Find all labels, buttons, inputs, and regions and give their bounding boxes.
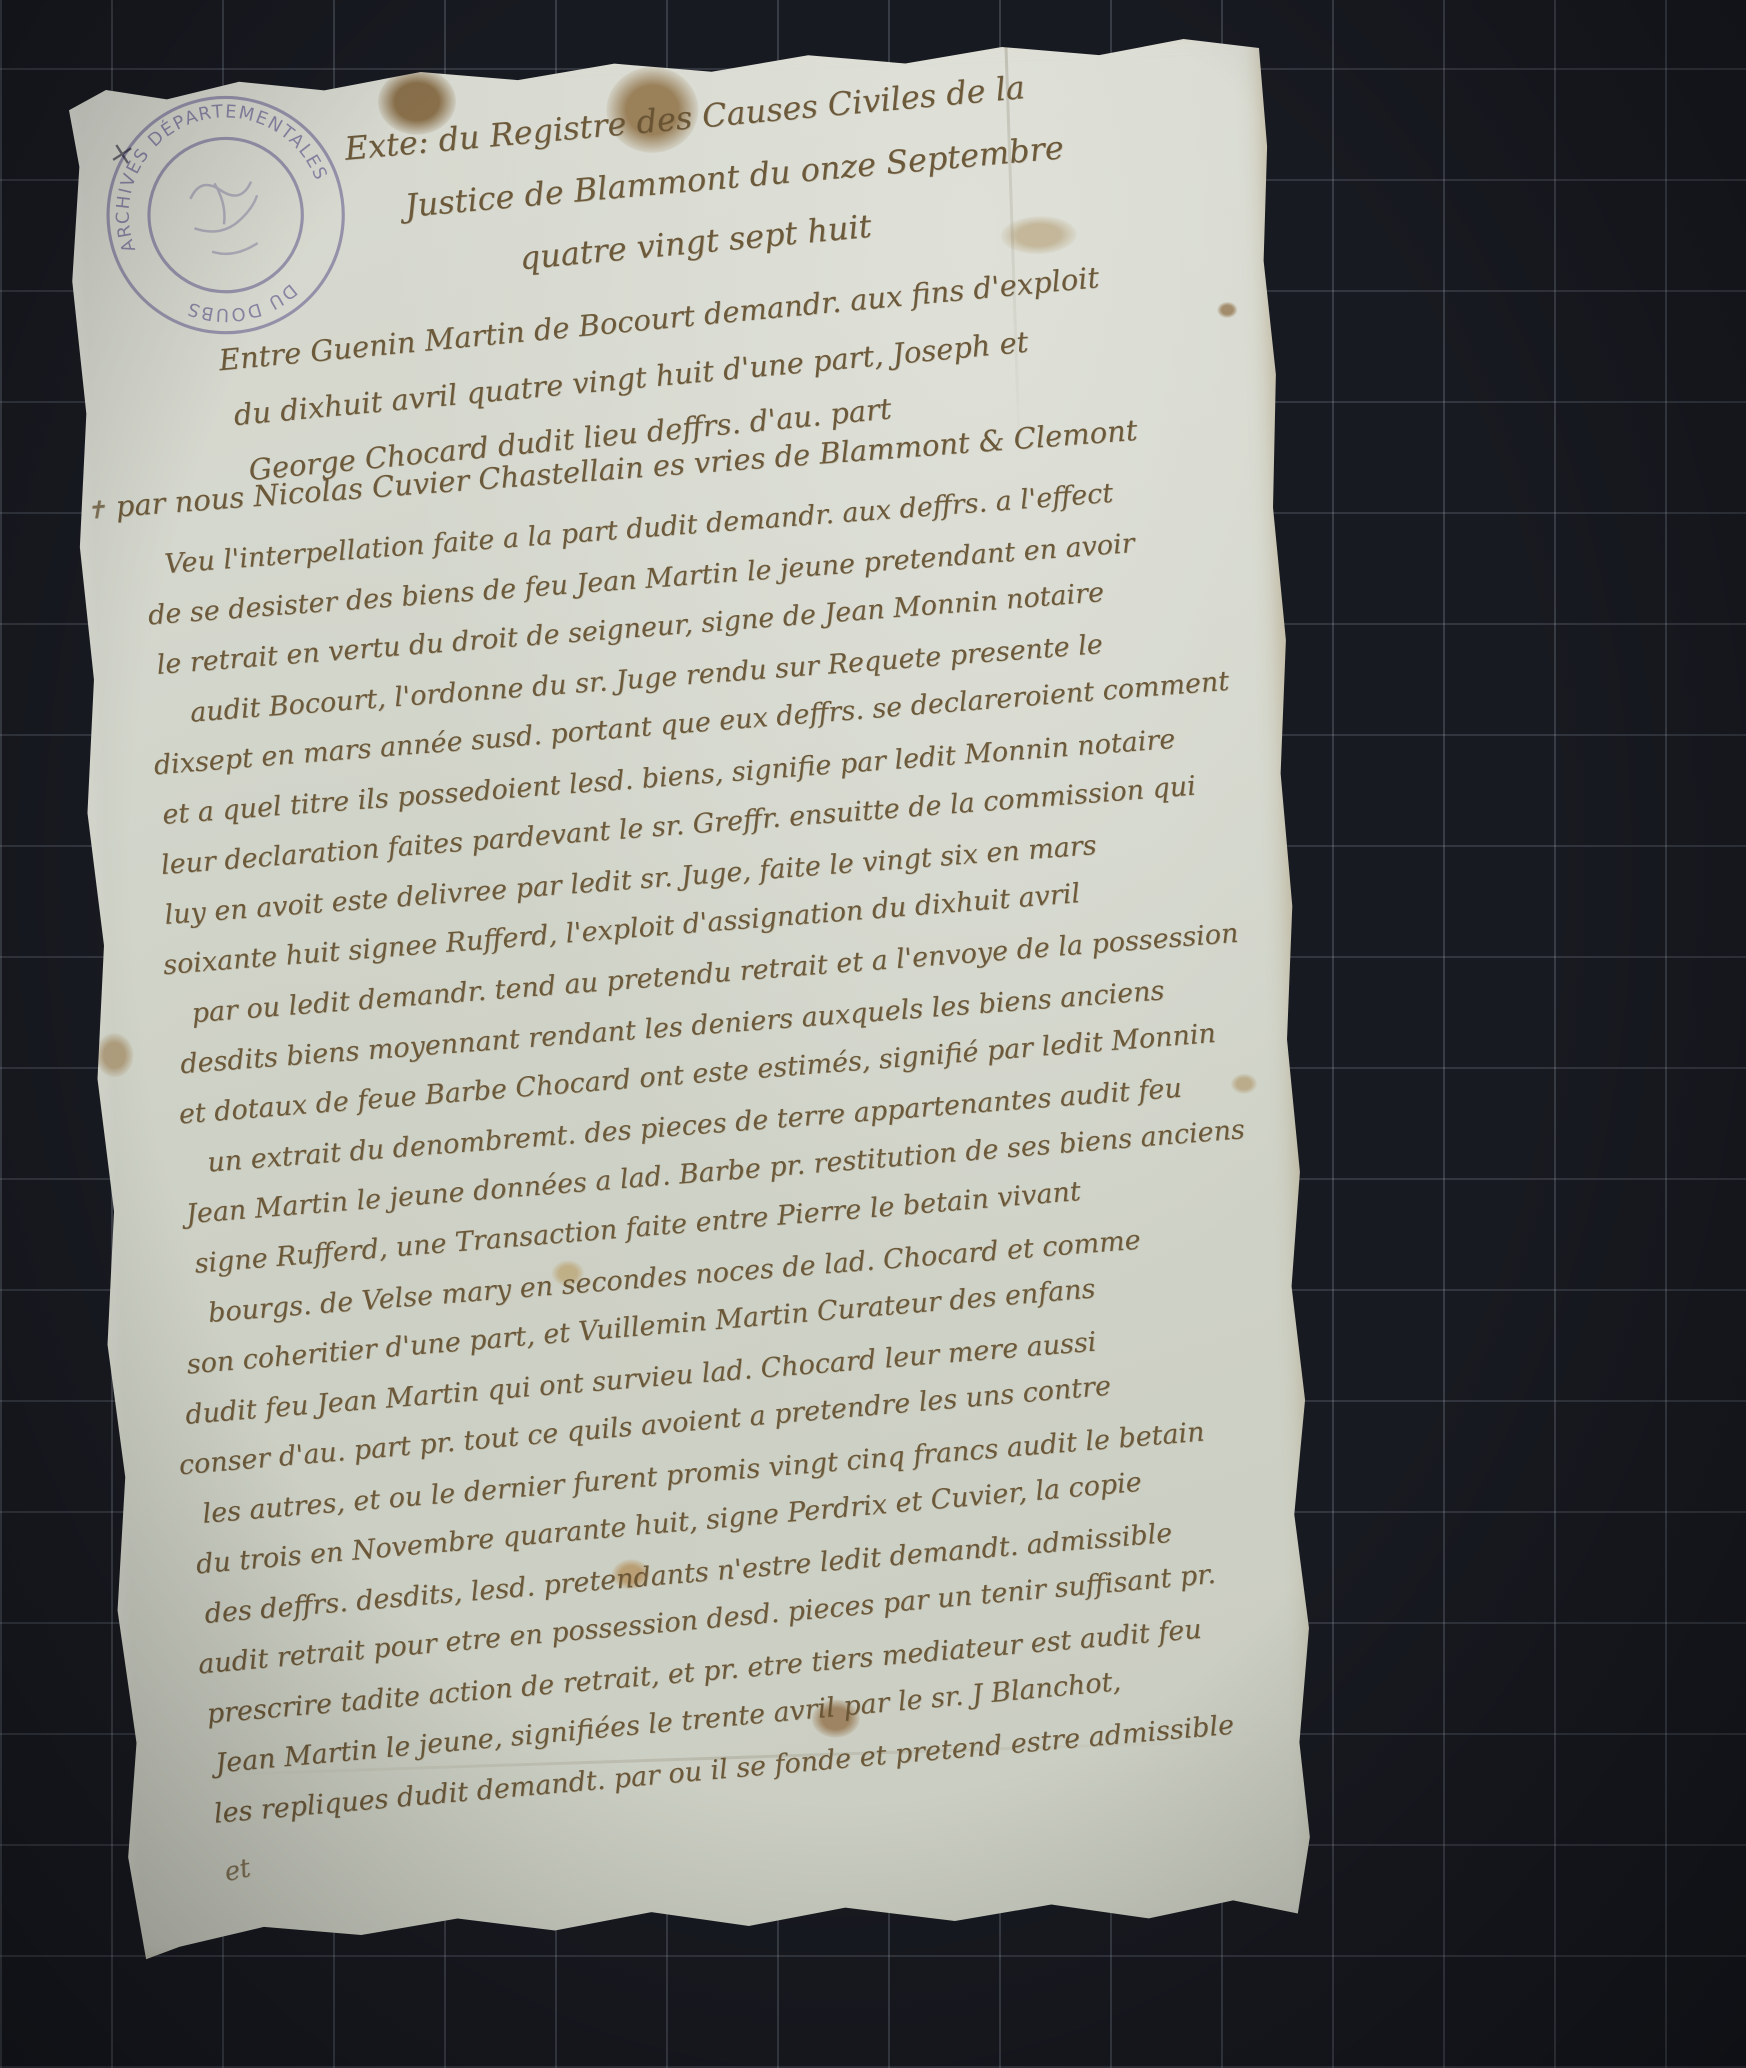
stamp-emblem	[184, 172, 271, 262]
body-paragraph: Veu l'interpellation faite a la part dud…	[68, 465, 1306, 1844]
closing-mark: et	[222, 1853, 253, 1888]
photo-background: × Exte: du Registre des Causes Civiles d…	[0, 0, 1746, 2068]
stamp-top-text: ARCHIVES DÉPARTEMENTALES	[86, 75, 336, 255]
paragraph-mark: ✝	[85, 495, 107, 524]
paper-stain	[1217, 302, 1238, 319]
manuscript-page: × Exte: du Registre des Causes Civiles d…	[57, 32, 1331, 1971]
svg-text:ARCHIVES DÉPARTEMENTALES: ARCHIVES DÉPARTEMENTALES	[86, 75, 336, 255]
